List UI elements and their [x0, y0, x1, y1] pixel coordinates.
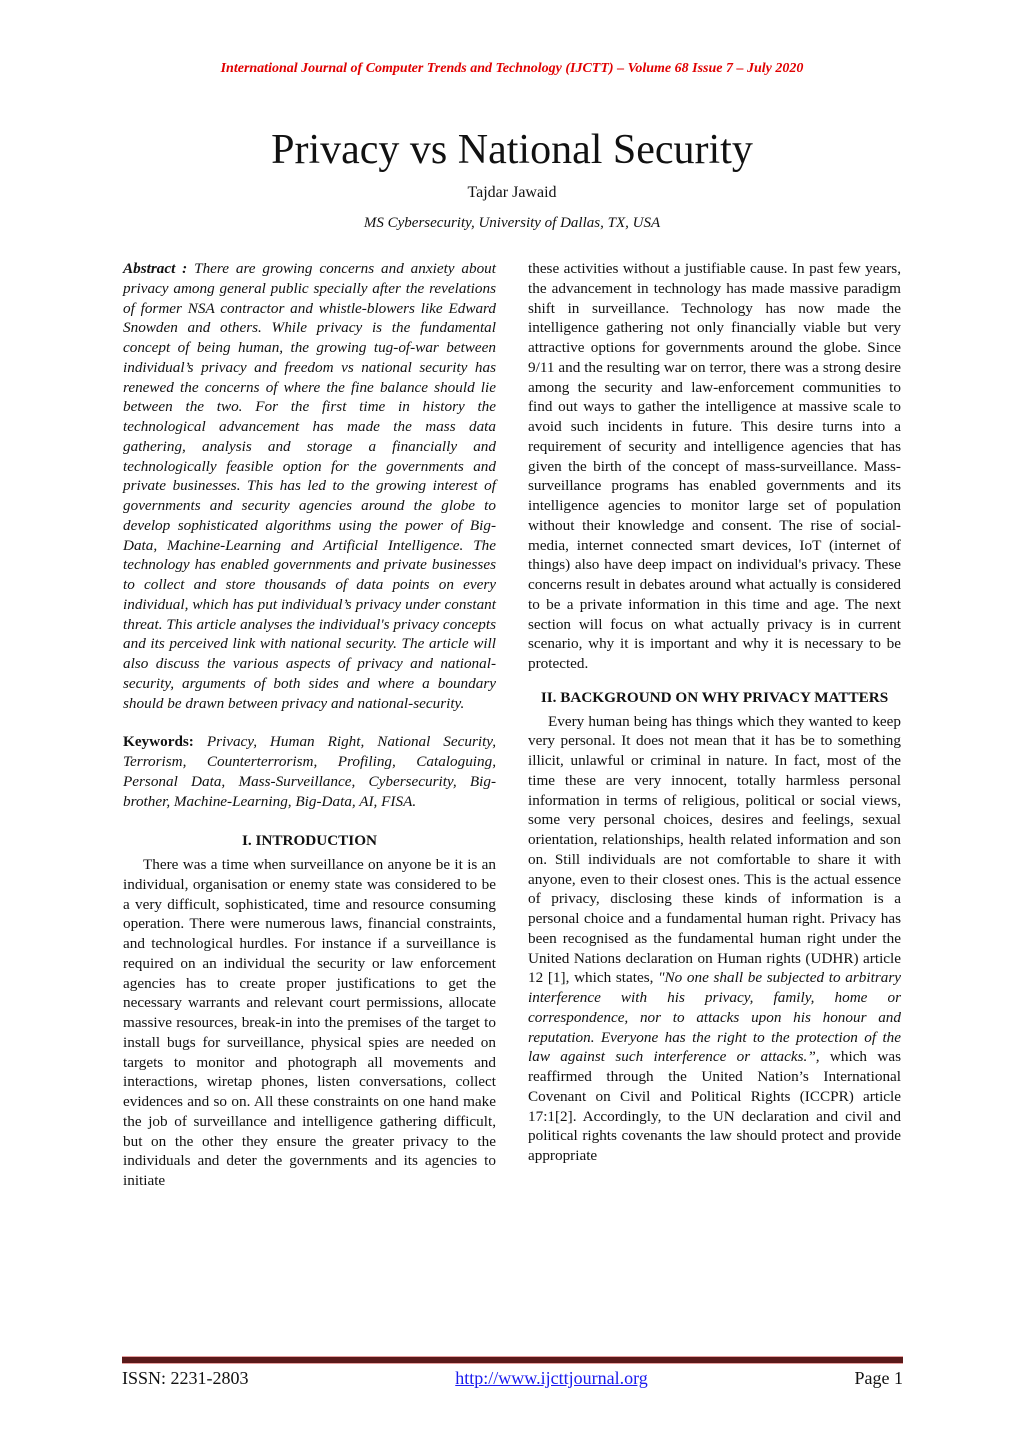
author-name: Tajdar Jawaid: [0, 184, 1024, 202]
keywords-label: Keywords:: [123, 733, 194, 750]
page-title: Privacy vs National Security: [0, 124, 1024, 176]
section-heading-background: II. BACKGROUND ON WHY PRIVACY MATTERS: [528, 688, 901, 708]
background-text-a: Every human being has things which they …: [528, 713, 901, 987]
footer-page-number: Page 1: [855, 1368, 904, 1389]
abstract: Abstract : There are growing concerns an…: [123, 259, 496, 713]
right-column: these activities without a justifiable c…: [528, 259, 901, 1166]
keywords: Keywords: Privacy, Human Right, National…: [123, 732, 496, 811]
abstract-label: Abstract :: [123, 260, 187, 277]
background-paragraph: Every human being has things which they …: [528, 712, 901, 1166]
introduction-paragraph-continued: these activities without a justifiable c…: [528, 259, 901, 674]
page-footer: ISSN: 2231-2803 http://www.ijcttjournal.…: [122, 1368, 903, 1389]
author-affiliation: MS Cybersecurity, University of Dallas, …: [0, 215, 1024, 232]
abstract-text: There are growing concerns and anxiety a…: [123, 260, 496, 712]
footer-issn: ISSN: 2231-2803: [122, 1368, 249, 1389]
section-heading-introduction: I. INTRODUCTION: [123, 831, 496, 851]
footer-divider: [122, 1356, 903, 1364]
footer-journal-link[interactable]: http://www.ijcttjournal.org: [455, 1368, 647, 1389]
background-text-b: which was reaffirmed through the United …: [528, 1048, 901, 1164]
introduction-paragraph: There was a time when surveillance on an…: [123, 855, 496, 1191]
left-column: Abstract : There are growing concerns an…: [123, 259, 496, 1191]
journal-header: International Journal of Computer Trends…: [0, 61, 1024, 77]
